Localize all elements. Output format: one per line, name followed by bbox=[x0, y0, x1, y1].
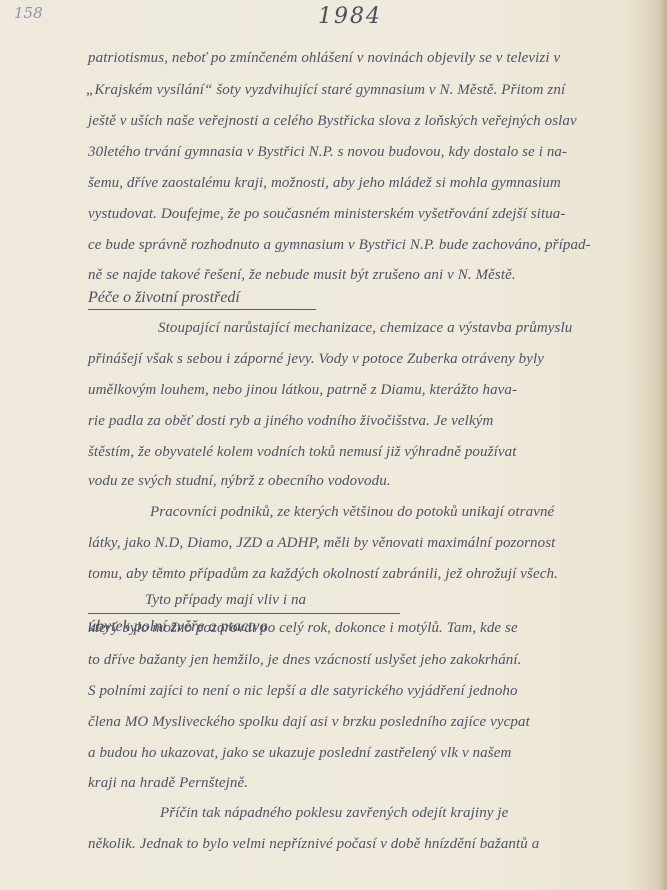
page-number: 158 bbox=[14, 4, 43, 22]
page-edge-shadow bbox=[659, 0, 667, 890]
text-line: vystudovat. Doufejme, že po současném mi… bbox=[88, 206, 566, 223]
text-line: který bylo možno pozorovat po celý rok, … bbox=[88, 620, 518, 637]
heading-underline bbox=[88, 309, 316, 310]
text-line: Pracovníci podniků, ze kterých většinou … bbox=[150, 504, 554, 521]
text-line: 30letého trvání gymnasia v Bystřici N.P.… bbox=[88, 144, 567, 161]
text-line: Tyto případy mají vliv i na bbox=[145, 592, 306, 609]
text-line: kraji na hradě Pernštejně. bbox=[88, 775, 248, 792]
text-line: a budou ho ukazovat, jako se ukazuje pos… bbox=[88, 745, 511, 762]
text-line: člena MO Mysliveckého spolku dají asi v … bbox=[88, 714, 530, 731]
text-line: přinášejí však s sebou i záporné jevy. V… bbox=[88, 351, 544, 368]
text-line: šemu, dříve zaostalému kraji, možnosti, … bbox=[88, 175, 561, 192]
text-line: to dříve bažanty jen hemžilo, je dnes vz… bbox=[88, 652, 522, 669]
text-line: S polními zajíci to není o nic lepší a d… bbox=[88, 683, 518, 700]
text-line: ce bude správně rozhodnuto a gymnasium v… bbox=[88, 237, 591, 254]
year-heading: 1984 bbox=[318, 4, 382, 29]
text-line: umělkovým louhem, nebo jinou látkou, pat… bbox=[88, 382, 517, 399]
heading-underline bbox=[88, 613, 400, 614]
section-heading-environment: Péče o životní prostředí bbox=[88, 289, 240, 307]
text-line: štěstím, že obyvatelé kolem vodních toků… bbox=[88, 444, 516, 461]
text-line: několik. Jednak to bylo velmi nepříznivé… bbox=[88, 836, 539, 853]
text-line: látky, jako N.D, Diamo, JZD a ADHP, měli… bbox=[88, 535, 555, 552]
text-line: vodu ze svých studní, nýbrž z obecního v… bbox=[88, 473, 391, 490]
text-line: ještě v uších naše veřejnosti a celého B… bbox=[88, 113, 577, 130]
text-line: Stoupající narůstající mechanizace, chem… bbox=[158, 320, 572, 337]
text-line: Příčin tak nápadného poklesu zavřených o… bbox=[160, 805, 508, 822]
text-line: ně se najde takové řešení, že nebude mus… bbox=[88, 267, 516, 284]
text-line: tomu, aby těmto případům za každých okol… bbox=[88, 566, 558, 583]
chronicle-page: 158 1984 patriotismus, neboť po zmínčené… bbox=[0, 0, 667, 890]
text-line: patriotismus, neboť po zmínčeném ohlášen… bbox=[88, 50, 560, 67]
text-line: rie padla za oběť dosti ryb a jiného vod… bbox=[88, 413, 493, 430]
text-line: „Krajském vysílání“ šoty vyzdvihující st… bbox=[86, 82, 565, 99]
